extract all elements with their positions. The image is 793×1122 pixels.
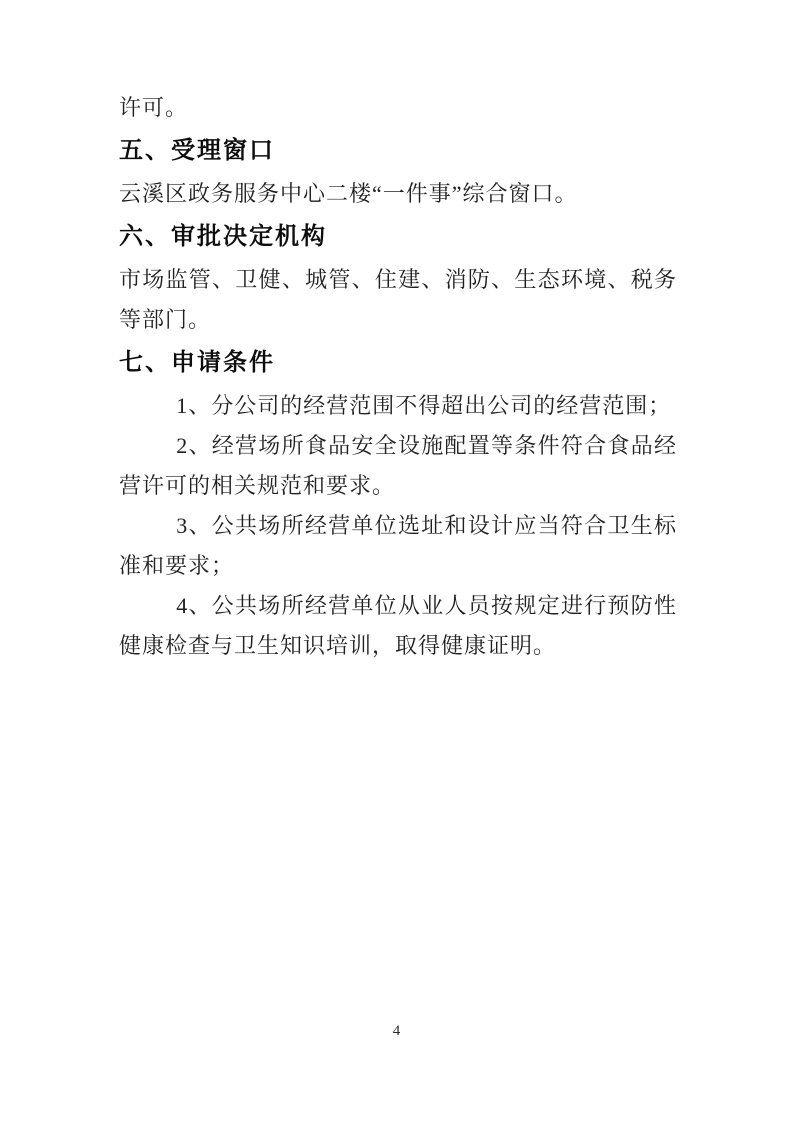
document-page: 许可。 五、受理窗口 云溪区政务服务中心二楼“一件事”综合窗口。 六、审批决定机… [0,0,793,1122]
document-content: 许可。 五、受理窗口 云溪区政务服务中心二楼“一件事”综合窗口。 六、审批决定机… [119,88,677,666]
section-heading-6-approval-authority: 六、审批决定机构 [119,217,677,257]
page-number: 4 [0,1020,793,1042]
paragraph-continuation: 许可。 [119,88,677,128]
condition-item-1: 1、分公司的经营范围不得超出公司的经营范围； [119,386,677,426]
condition-item-2: 2、经营场所食品安全设施配置等条件符合食品经营许可的相关规范和要求。 [119,426,677,506]
section-heading-7-application-conditions: 七、申请条件 [119,343,677,383]
condition-item-4: 4、公共场所经营单位从业人员按规定进行预防性健康检查与卫生知识培训，取得健康证明… [119,586,677,666]
paragraph-approval-authority: 市场监管、卫健、城管、住建、消防、生态环境、税务等部门。 [119,260,677,340]
section-heading-5-accepting-window: 五、受理窗口 [119,131,677,171]
condition-item-3: 3、公共场所经营单位选址和设计应当符合卫生标准和要求； [119,506,677,586]
paragraph-accepting-window: 云溪区政务服务中心二楼“一件事”综合窗口。 [119,174,677,214]
